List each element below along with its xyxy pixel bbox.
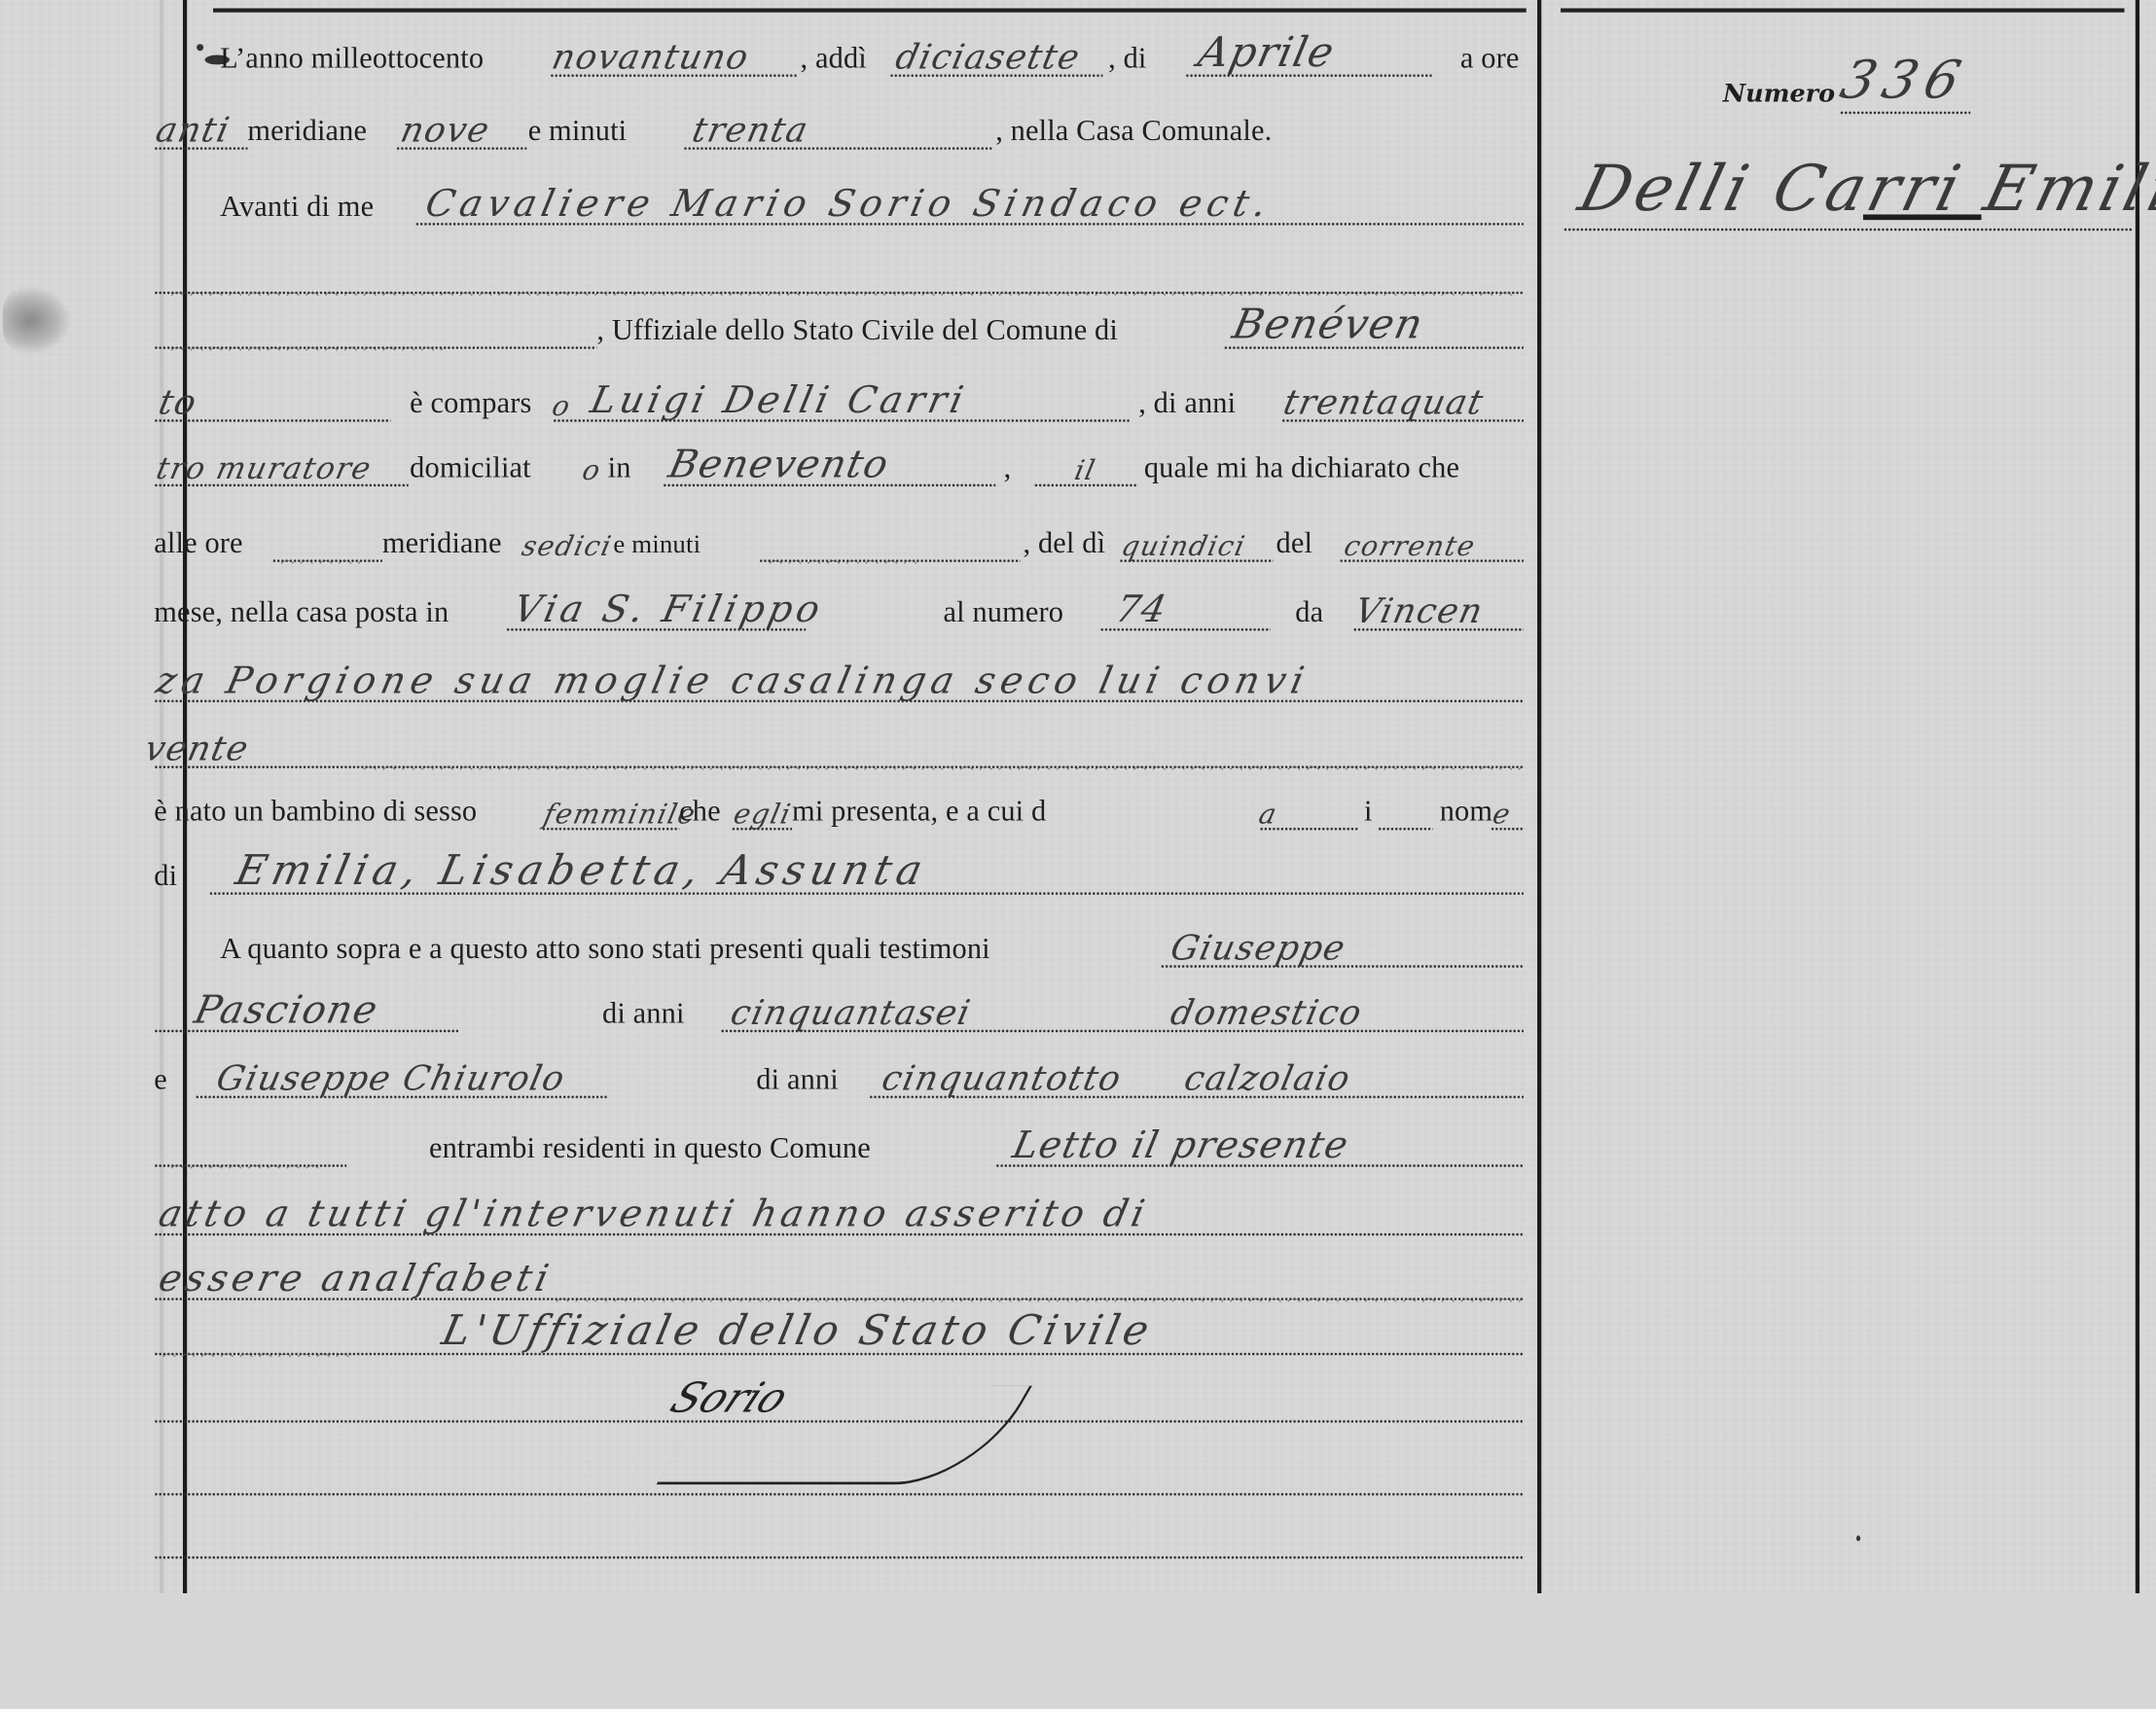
line-entrambi: entrambi residenti in questo Comune Lett…: [154, 1121, 1524, 1176]
line-officer: Avanti di me Cavaliere Mario Sorio Sinda…: [154, 179, 1524, 234]
fill-squiggle: [766, 552, 916, 563]
line-note-3: essere analfabeti: [154, 1254, 1524, 1309]
hw-street: Via S. Filippo: [510, 588, 828, 631]
line-witness1: Pascione di anni cinquantasei domestico: [154, 985, 1524, 1041]
line-time: anti meridiane nove e minuti trenta , ne…: [154, 103, 1524, 159]
hw-note-2: atto a tutti gl'intervenuti hanno asseri…: [155, 1193, 1152, 1236]
hw-witness1-last: Pascione: [191, 987, 383, 1033]
hw-witness2: Giuseppe Chiurolo: [213, 1058, 569, 1098]
fill-squiggle: [167, 1157, 318, 1168]
fill-squiggle: [160, 1346, 352, 1357]
document-page: Numero 336 Delli Carri Emilia L’anno mil…: [0, 0, 2156, 1593]
hw-witness2-job: calzolaio: [1181, 1058, 1354, 1098]
text-comparso: è compars: [410, 386, 531, 420]
text-di-2: di: [154, 859, 177, 893]
hw-witness1-first: Giuseppe: [1168, 928, 1349, 968]
subject-name-blank-line: [1563, 229, 2133, 231]
hw-witness1-job: domestico: [1168, 992, 1366, 1032]
text-testimoni: A quanto sopra e a questo atto sono stat…: [220, 932, 990, 966]
line-testimoni: A quanto sopra e a questo atto sono stat…: [154, 921, 1524, 977]
text-entrambi: entrambi residenti in questo Comune: [429, 1131, 871, 1165]
hw-signature-title: L'Uffiziale dello Stato Civile: [438, 1307, 1157, 1355]
numero-blank-line: [1840, 111, 1970, 114]
hw-day: diciasette: [892, 37, 1084, 77]
text-addi: , addì: [801, 41, 867, 75]
hw-il: il: [1072, 453, 1099, 486]
hw-residence: Benevento: [665, 442, 893, 487]
hw-declarant: Luigi Delli Carri: [587, 379, 971, 422]
text-anno: L’anno milleottocento: [220, 41, 484, 75]
text-in: in: [608, 451, 631, 485]
line-address: mese, nella casa posta in Via S. Filippo…: [154, 585, 1524, 640]
line-sex: è nato un bambino di sesso femminile che…: [154, 784, 1524, 839]
text-di-anni: , di anni: [1138, 386, 1236, 420]
text-di-anni-w2: di anni: [756, 1062, 839, 1096]
text-domiciliato: domiciliat: [410, 451, 531, 485]
blank-i: [1378, 828, 1433, 831]
hw-month: Aprile: [1194, 29, 1339, 77]
line-birth-time: alle ore meridiane sedici e minuti , del…: [154, 516, 1524, 571]
text-a-ore: a ore: [1460, 41, 1520, 75]
blank-line-23: [154, 1556, 1524, 1559]
text-i: i: [1364, 795, 1373, 829]
text-nella-casa: , nella Casa Comunale.: [995, 114, 1272, 148]
speck: [1856, 1536, 1860, 1542]
text-nom: nom: [1440, 795, 1492, 829]
fill-squiggle: [167, 339, 443, 350]
hw-hour: nove: [397, 110, 493, 150]
text-meridiane-2: meridiane: [382, 526, 502, 560]
blank-line-22: [154, 1493, 1524, 1496]
hw-age: trentaquat: [1280, 382, 1489, 422]
text-di: , di: [1108, 41, 1146, 75]
text-ufficiale: , Uffiziale dello Stato Civile del Comun…: [596, 313, 1118, 347]
line-domicilio: tro muratore domiciliat o in Benevento ,…: [154, 440, 1524, 495]
text-al-numero: al numero: [944, 595, 1064, 629]
text-mese: mese, nella casa posta in: [154, 595, 449, 629]
numero-label: Numero: [1723, 80, 1835, 109]
line-year-date: L’anno milleottocento novantuno , addì d…: [154, 30, 1524, 86]
top-rule-main: [213, 8, 1527, 12]
text-e: e: [154, 1062, 167, 1096]
line-signature-title: L'Uffiziale dello Stato Civile: [154, 1308, 1524, 1364]
text-meridiane: meridiane: [247, 114, 367, 148]
hw-birth-hour: sedici: [519, 529, 615, 562]
hw-officer: Cavaliere Mario Sorio Sindaco ect.: [421, 183, 1276, 226]
column-divider-line: [1537, 0, 1541, 1593]
hw-witness2-age: cinquantotto: [879, 1058, 1126, 1098]
text-del: del: [1276, 526, 1313, 560]
fill-squiggle: [360, 759, 1524, 769]
line-child-names: di Emilia, Lisabetta, Assunta: [154, 848, 1524, 904]
hw-witness1-age: cinquantasei: [728, 992, 975, 1032]
fill-squiggle: [277, 552, 360, 563]
hw-da-suffix: a: [1256, 798, 1280, 831]
hw-minutes: trenta: [689, 110, 812, 150]
line-witness2: e Giuseppe Chiurolo di anni cinquantotto…: [154, 1051, 1524, 1107]
blank-line-21: [154, 1420, 1524, 1423]
hw-house-number: 74: [1112, 588, 1171, 631]
subject-name: Delli Carri Emilia: [1572, 151, 2156, 225]
text-da: da: [1295, 595, 1323, 629]
top-rule-side: [1561, 8, 2124, 12]
hw-birth-month: corrente: [1342, 529, 1479, 562]
line-officer-cont: [154, 247, 1524, 303]
fill-squiggle: [553, 1291, 1524, 1301]
right-border-line: [2136, 0, 2139, 1593]
hw-birth-day: quindici: [1119, 529, 1249, 562]
hw-comune-cont: to: [156, 382, 201, 422]
hw-mother: Vincen: [1351, 591, 1488, 631]
hw-domiciliato-suffix: o: [580, 453, 605, 486]
hw-egli: egli: [731, 798, 795, 831]
hw-comparso-suffix: o: [550, 389, 575, 422]
hw-cont: vente: [141, 729, 253, 768]
line-note-2: atto a tutti gl'intervenuti hanno asseri…: [154, 1190, 1524, 1245]
text-quale: quale mi ha dichiarato che: [1144, 451, 1459, 485]
hw-sex: femminile: [541, 798, 700, 831]
hw-nome-suffix: e: [1490, 798, 1514, 831]
text-mi-presenta: mi presenta, e a cui d: [792, 795, 1046, 829]
hw-note-3: essere analfabeti: [155, 1258, 556, 1300]
text-alle-ore: alle ore: [154, 526, 242, 560]
text-e-minuti-2: e minuti: [613, 531, 701, 561]
line-mother-cont2: vente: [154, 722, 1524, 777]
text-e-minuti: e minuti: [528, 114, 628, 148]
line-mother: za Porgione sua moglie casalinga seco lu…: [154, 656, 1524, 711]
blank-da: [1260, 828, 1359, 831]
text-di-anni-w1: di anni: [602, 997, 685, 1031]
hw-mother-cont: za Porgione sua moglie casalinga seco lu…: [152, 659, 1312, 702]
line-ufficiale: , Uffiziale dello Stato Civile del Comun…: [154, 303, 1524, 358]
line-comparso: to è compars o Luigi Delli Carri , di an…: [154, 375, 1524, 431]
hw-year: novantuno: [549, 37, 753, 77]
text-del-di: , del dì: [1023, 526, 1105, 560]
hw-ampm: anti: [153, 110, 234, 150]
hw-comune: Benéven: [1228, 302, 1427, 349]
text-che: che: [679, 795, 721, 829]
numero-value: 336: [1834, 50, 1975, 110]
text-nato: è nato un bambino di sesso: [154, 795, 477, 829]
text-comma: ,: [1004, 451, 1012, 485]
fill-squiggle: [167, 285, 1515, 296]
hw-age-cont: tro muratore: [153, 452, 375, 486]
hw-child-names: Emilia, Lisabetta, Assunta: [232, 847, 932, 895]
text-avanti: Avanti di me: [220, 190, 374, 224]
hw-note-1: Letto il presente: [1009, 1124, 1352, 1167]
